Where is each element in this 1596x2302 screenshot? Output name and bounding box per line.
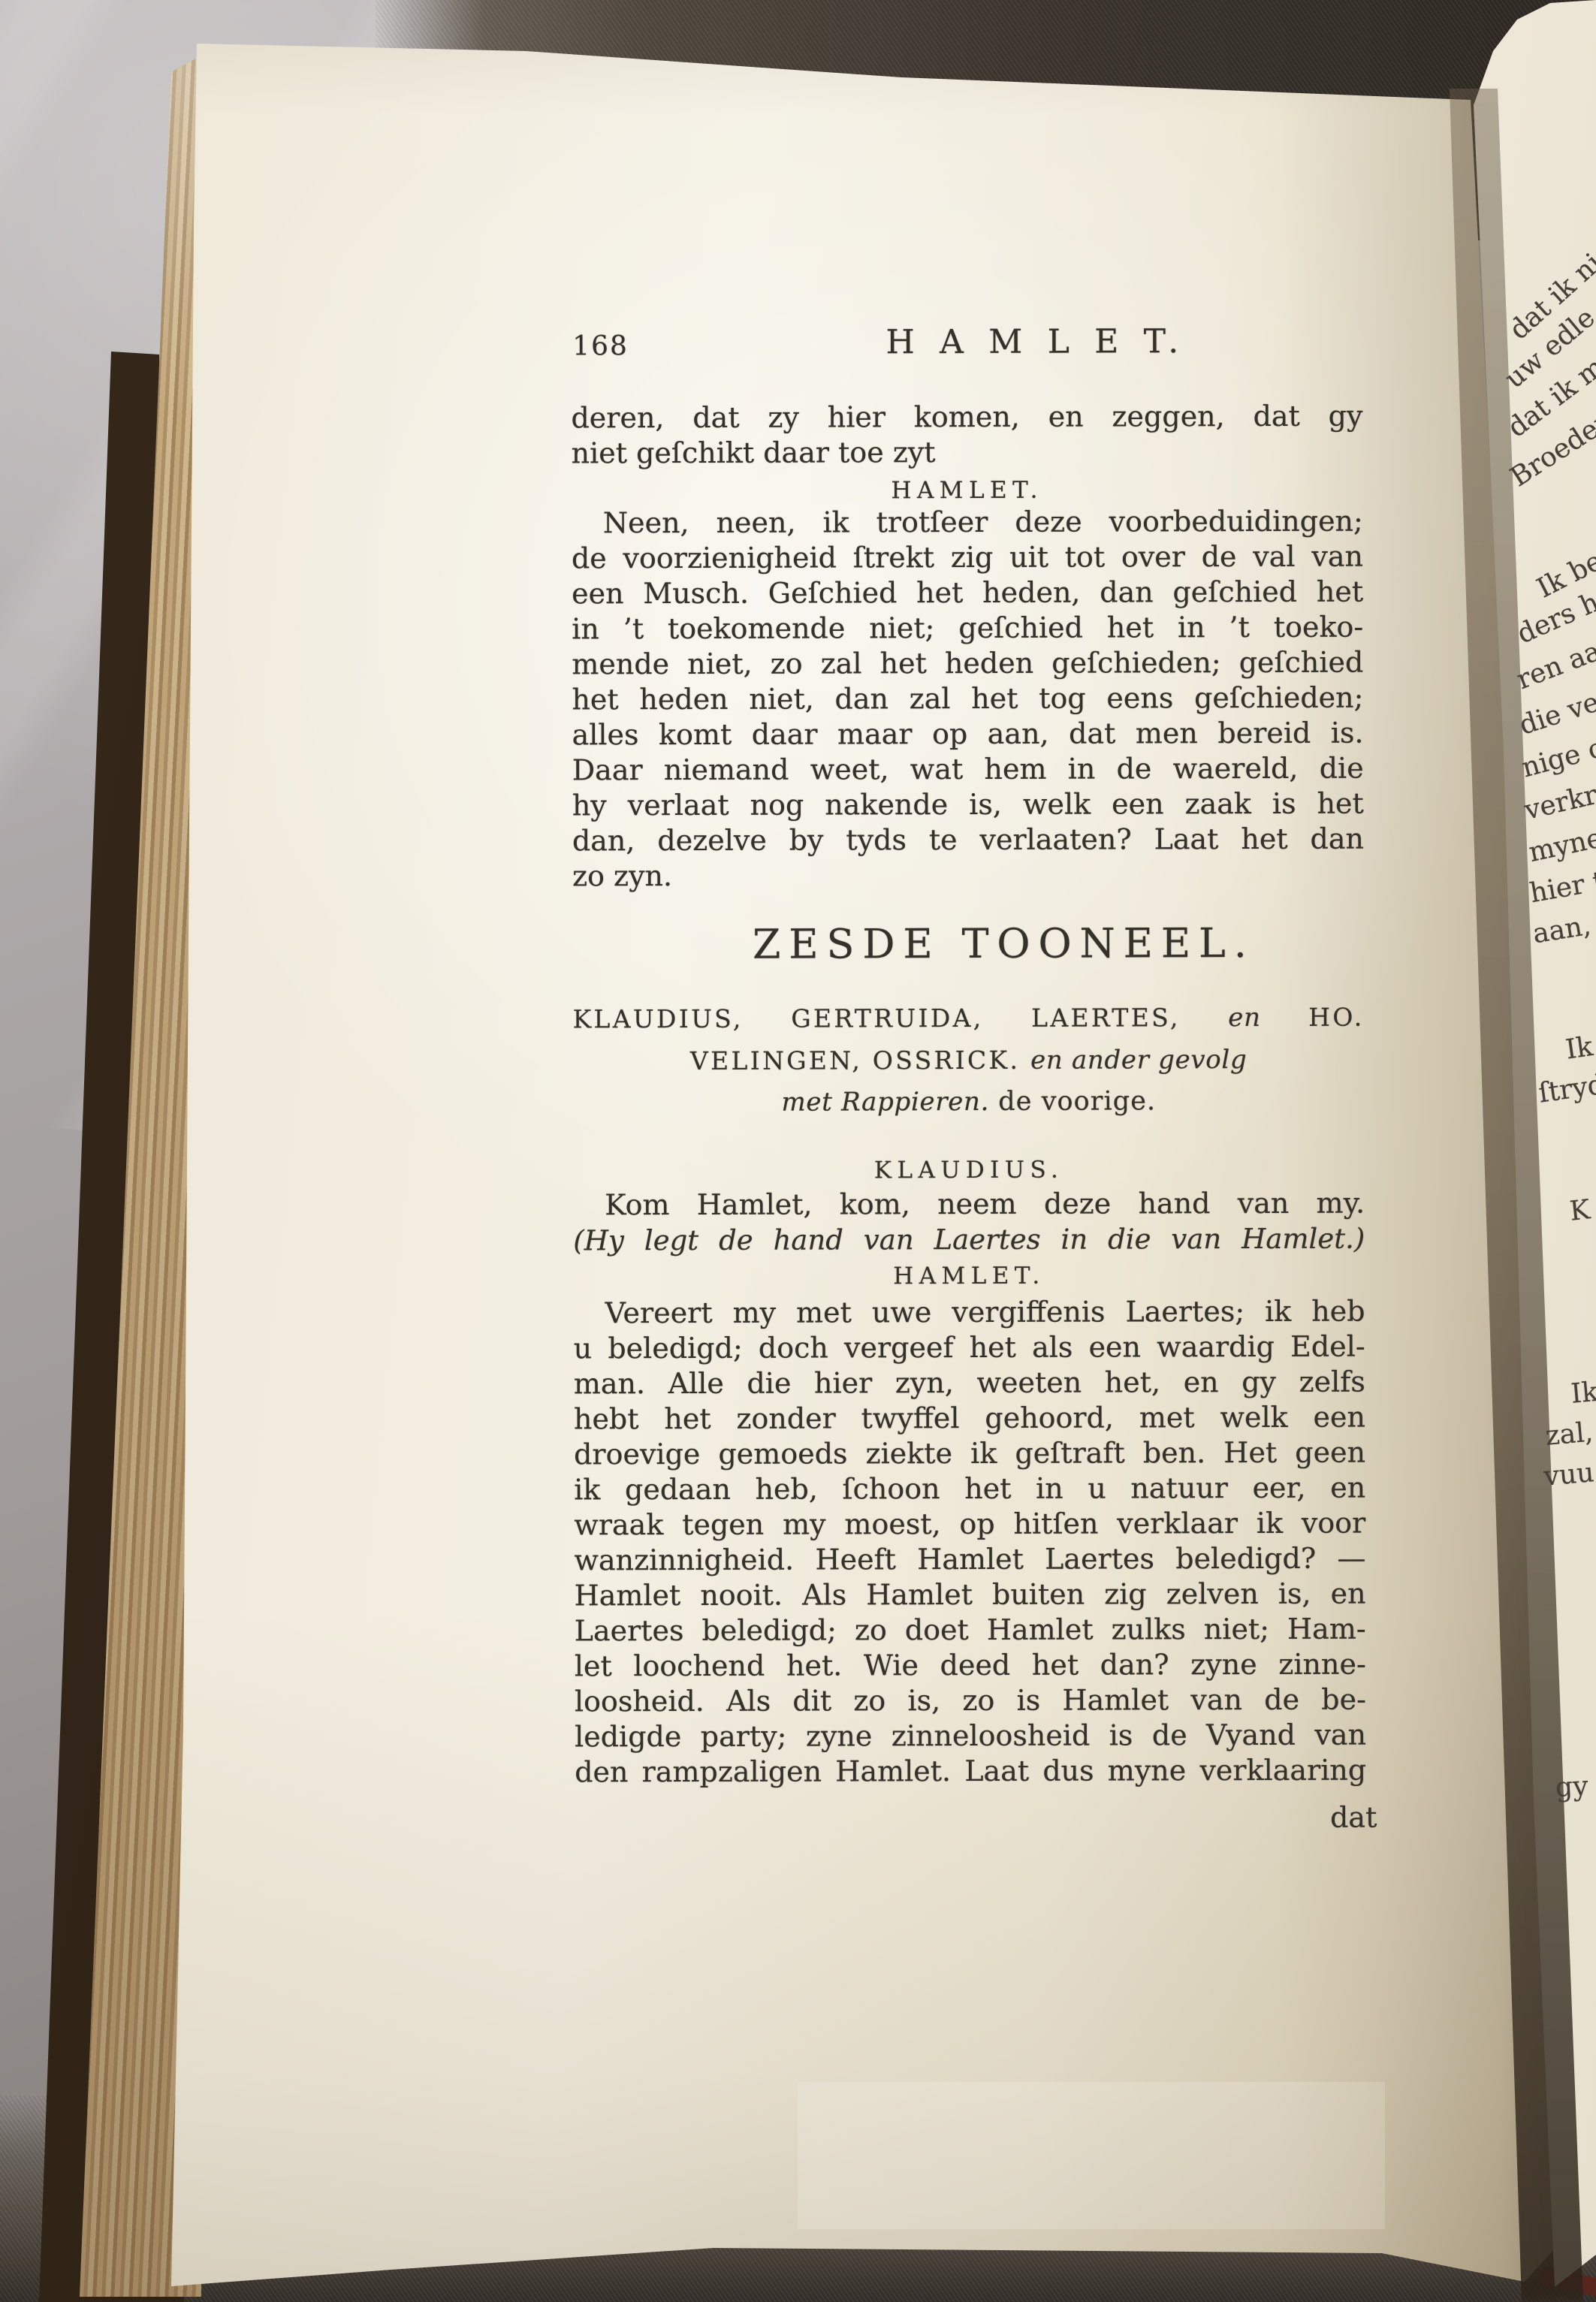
text-line: deren, dat zy hier komen, en zeggen, dat…	[571, 399, 1362, 436]
opposite-page-fragment: K	[1568, 1194, 1591, 1227]
text-line: hebt het zonder twyffel gehoord, met wel…	[574, 1400, 1365, 1438]
page-header: 168 H A M L E T.	[571, 324, 1362, 368]
book-photo: 168 H A M L E T. deren, dat zy hier kome…	[0, 0, 1596, 2302]
text-line: ledigde party; zyne zinneloosheid is de …	[575, 1718, 1366, 1755]
opposite-page-fragment: vuu	[1543, 1457, 1595, 1492]
opposite-page-fragment: zal,	[1544, 1416, 1594, 1451]
opposite-page-fragment: Ik	[1564, 1031, 1594, 1066]
speaker-heading-klaudius: KLAUDIUS.	[573, 1152, 1365, 1190]
text-line: Vereert my met uwe vergiffenis Laertes; …	[574, 1294, 1365, 1332]
text-line: den rampzaligen Hamlet. Laat dus myne ve…	[575, 1753, 1366, 1791]
dramatis-line: KLAUDIUS, GERTRUIDA, LAERTES, en HO.	[572, 997, 1364, 1041]
klaudius-line: Kom Hamlet, kom, neem deze hand van my.	[573, 1186, 1365, 1223]
text-line: droevige gemoeds ziekte ik geſtraft ben.…	[574, 1435, 1365, 1473]
text-line: in ’t toekomende niet; geſchied het in ’…	[572, 610, 1363, 647]
text-line: wraak tegen my moest, op hitſen verklaar…	[574, 1506, 1365, 1543]
scene-heading: ZESDE TOONEEL.	[608, 925, 1399, 962]
stage-direction: (Hy legt de hand van Laertes in die van …	[573, 1221, 1365, 1259]
text-line: hy verlaat nog nakende is, welk een zaak…	[572, 786, 1364, 824]
text-line: alles komt daar maar op aan, dat men ber…	[572, 716, 1363, 753]
dramatis-props: met Rappieren.	[781, 1087, 989, 1118]
dramatis-line: VELINGEN, OSSRICK. en ander gevolg	[573, 1039, 1365, 1083]
text-line: u beledigd; doch vergeef het als een waa…	[574, 1329, 1365, 1367]
speaker-heading-hamlet: HAMLET.	[573, 1258, 1365, 1296]
text-line: Daar niemand weet, wat hem in de waereld…	[572, 751, 1364, 789]
text-line: mende niet, zo zal het heden geſchieden;…	[572, 645, 1363, 683]
dramatis-connective: en	[1228, 1003, 1260, 1033]
text-line: man. Alle die hier zyn, weeten het, en g…	[574, 1365, 1365, 1402]
text-line: niet geſchikt daar toe zyt	[572, 434, 1363, 472]
text-line: de voorzienigheid ſtrekt zig uit tot ove…	[572, 539, 1363, 577]
text-line: zo zyn.	[572, 857, 1364, 895]
hamlet-speech-1: Neen, neen, ik trotſeer deze voorbeduidi…	[572, 504, 1364, 895]
dramatis-note: de voorige.	[989, 1086, 1156, 1117]
page-text-block: 168 H A M L E T. deren, dat zy hier kome…	[570, 0, 1368, 2302]
text-line: loosheid. Als dit zo is, zo is Hamlet va…	[575, 1682, 1366, 1720]
text-line: het heden niet, dan zal het tog eens geſ…	[572, 680, 1363, 718]
text-line: Laertes beledigd; zo doet Hamlet zulks n…	[575, 1612, 1366, 1649]
text-line: ik gedaan heb, ſchoon het in u natuur ee…	[574, 1471, 1365, 1508]
dramatis-names: HO.	[1261, 1003, 1365, 1032]
text-line: een Musch. Geſchied het heden, dan geſch…	[572, 575, 1363, 612]
dramatis-line: met Rappieren. de voorige.	[573, 1081, 1365, 1124]
hamlet-speech-2: Vereert my met uwe vergiffenis Laertes; …	[574, 1294, 1367, 1791]
dramatis-names: VELINGEN, OSSRICK.	[690, 1045, 1030, 1076]
text-line: Neen, neen, ik trotſeer deze voorbeduidi…	[572, 504, 1363, 542]
text-line: let loochend het. Wie deed het dan? zyne…	[575, 1647, 1366, 1685]
page-number: 168	[572, 328, 629, 364]
dramatis-personae: KLAUDIUS, GERTRUIDA, LAERTES, en HO. VEL…	[572, 997, 1364, 1124]
text-line: wanzinnigheid. Heeft Hamlet Laertes bele…	[574, 1541, 1365, 1579]
continuation-paragraph: deren, dat zy hier komen, en zeggen, dat…	[571, 399, 1362, 472]
dramatis-connective: en ander gevolg	[1030, 1045, 1247, 1076]
opposite-page-fragment: Ik	[1570, 1377, 1596, 1410]
opposite-page-fragment: gy	[1555, 1771, 1588, 1803]
text-line: dan, dezelve by tyds te verlaaten? Laat …	[572, 822, 1364, 859]
dramatis-names: KLAUDIUS, GERTRUIDA, LAERTES,	[572, 1003, 1228, 1033]
catchword: dat	[1330, 1800, 1377, 1836]
running-title: H A M L E T.	[640, 323, 1432, 361]
text-line: Hamlet nooit. Als Hamlet buiten zig zelv…	[574, 1576, 1365, 1614]
